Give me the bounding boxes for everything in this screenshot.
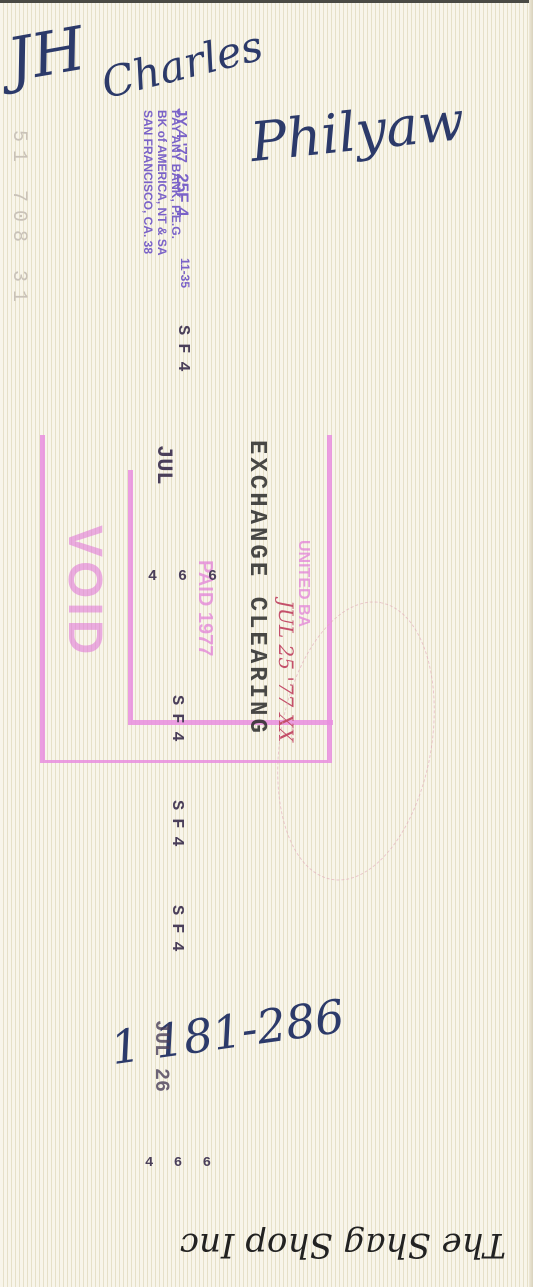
bank-stamp-line2: BK of AMERICA, NT & SA [156, 110, 168, 256]
signature-last-name: Philyaw [247, 89, 467, 174]
bank-stamp-routing: 11-35 [178, 258, 192, 288]
sf4-stamp: SF4 [167, 800, 186, 855]
batch-number: 4 6 6 [145, 1155, 217, 1171]
jul-date-stamp: JUL 26 [149, 1020, 172, 1092]
sf4-stamp: SF4 [167, 695, 186, 750]
sf4-stamp: SF4 [173, 325, 192, 380]
initials-signature: JH [3, 14, 90, 96]
payee-endorsement-signature: The Shag Shop Inc [180, 1225, 506, 1265]
exchange-clearing-stamp: EXCHANGE CLEARING [243, 440, 270, 736]
check-back: 51 708 31 JH Charles Philyaw JY 4 '77 25… [0, 0, 533, 1287]
jul-stamp: JUL [151, 445, 176, 485]
top-edge [0, 0, 533, 3]
sf4-stamp: SF4 [167, 905, 186, 960]
bank-stamp-line3: SAN FRANCISCO, CA. 38 [142, 110, 154, 254]
signature-first-name: Charles [97, 21, 268, 108]
batch-number: 4 6 6 [148, 568, 223, 585]
perforation-number: 51 708 31 [7, 130, 30, 310]
void-stamp-label: VOID [57, 525, 112, 658]
right-edge [529, 0, 533, 1287]
handwritten-number: 1 181-286 [107, 989, 347, 1075]
